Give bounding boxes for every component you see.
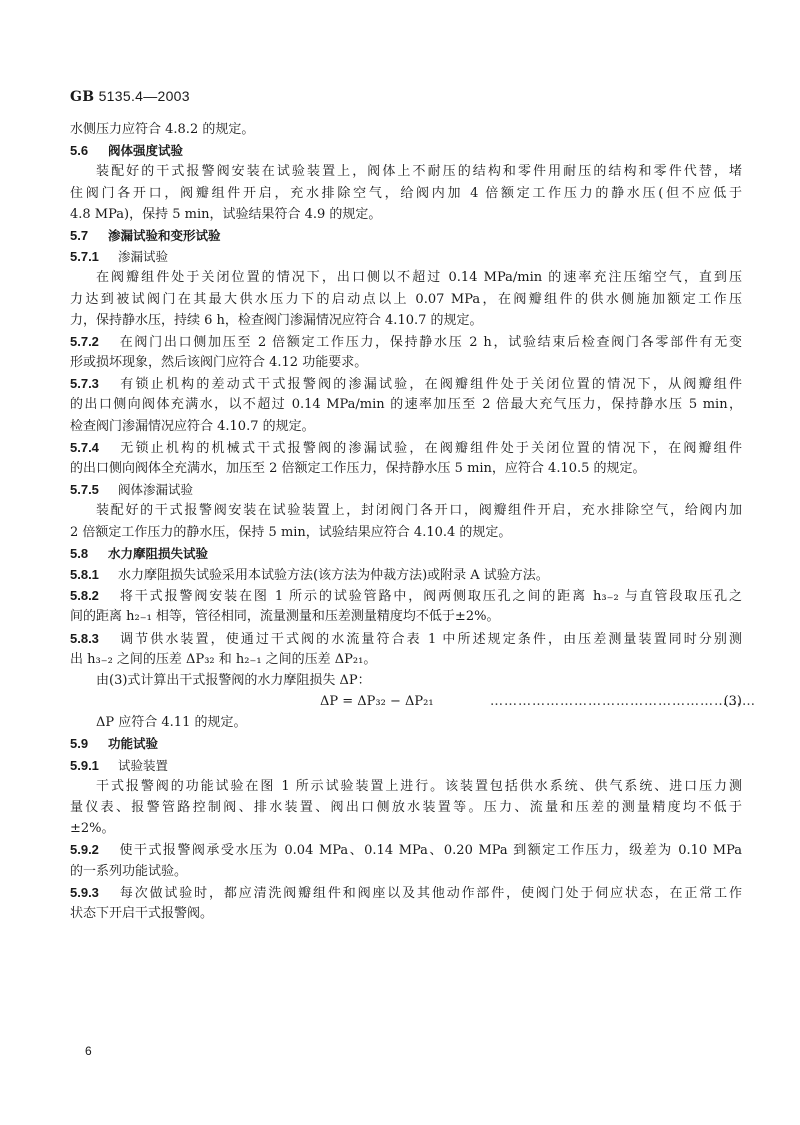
page-number: 6 [85, 1044, 92, 1058]
numbered-paragraph: 5.8.3调节供水装置，使通过干式阀的水流量符合表 1 中所述规定条件，由压差测… [70, 628, 742, 649]
paragraph-line: 力，保持静水压，持续 6 h，检查阀门渗漏情况应符合 4.10.7 的规定。 [70, 310, 742, 331]
paragraph-text: 水侧压力应符合 4.8.2 的规定。 [70, 122, 254, 137]
paragraph-line: ±2%。 [70, 818, 742, 839]
paragraph-text: 住阀门各开口，阀瓣组件开启，充水排除空气，给阀内加 4 倍额定工作压力的静水压(… [70, 186, 742, 201]
paragraph-line: 2 倍额定工作压力的静水压，保持 5 min，试验结果应符合 4.10.4 的规… [70, 522, 742, 543]
paragraph-text: 检查阀门渗漏情况应符合 4.10.7 的规定。 [70, 419, 315, 434]
paragraph-text: 每次做试验时，都应清洗阀瓣组件和阀座以及其他动作部件，使阀门处于伺应状态，在正常… [118, 886, 742, 901]
section-title: 渗漏试验 [118, 249, 168, 264]
equation-leader: ………………………………………………… [490, 691, 756, 712]
section-heading: 5.9功能试验 [70, 733, 742, 754]
paragraph-line: 在阀瓣组件处于关闭位置的情况下，出口侧以不超过 0.14 MPa/min 的速率… [70, 267, 742, 288]
paragraph-line: 出 h₃₋₂ 之间的压差 ΔP₃₂ 和 h₂₋₁ 之间的压差 ΔP₂₁。 [70, 649, 742, 670]
clause-number: 5.8.2 [70, 585, 118, 606]
subsection-heading: 5.9.1试验装置 [70, 755, 742, 776]
paragraph-text: 干式报警阀的功能试验在图 1 所示试验装置上进行。该装置包括供水系统、供气系统、… [96, 779, 742, 794]
paragraph-text: 无锁止机构的机械式干式报警阀的渗漏试验，在阀瓣组件处于关闭位置的情况下，在阀瓣组… [118, 441, 742, 456]
numbered-paragraph: 5.7.3有锁止机构的差动式干式报警阀的渗漏试验，在阀瓣组件处于关闭位置的情况下… [70, 373, 742, 394]
numbered-paragraph: 5.8.1水力摩阻损失试验采用本试验方法(该方法为仲裁方法)或附录 A 试验方法… [70, 564, 742, 585]
paragraph-line: 水侧压力应符合 4.8.2 的规定。 [70, 119, 742, 140]
paragraph-line: 量仪表、报警管路控制阀、排水装置、阀出口侧放水装置等。压力、流量和压差的测量精度… [70, 797, 742, 818]
paragraph-text: 形或损坏现象，然后该阀门应符合 4.12 功能要求。 [70, 355, 367, 370]
clause-number: 5.8.1 [70, 564, 118, 585]
section-title: 阀体渗漏试验 [118, 482, 193, 497]
standard-number: 5135.4—2003 [99, 88, 190, 104]
paragraph-text: 的一系列功能试验。 [70, 864, 187, 879]
clause-number: 5.8.3 [70, 628, 118, 649]
clause-number: 5.7.4 [70, 437, 118, 458]
paragraph-text: 量仪表、报警管路控制阀、排水装置、阀出口侧放水装置等。压力、流量和压差的测量精度… [70, 800, 742, 815]
paragraph-text: 的出口侧向阀体充满水，以不超过 0.14 MPa/min 的速率加压至 2 倍最… [70, 397, 742, 412]
subsection-heading: 5.7.1渗漏试验 [70, 246, 742, 267]
paragraph-line: 装配好的干式报警阀安装在试验装置上，封闭阀门各开口，阀瓣组件开启，充水排除空气，… [70, 500, 742, 521]
paragraph-text: 将干式报警阀安装在图 1 所示的试验管路中，阀两侧取压孔之间的距离 h₃₋₂ 与… [118, 589, 742, 604]
paragraph-line: 的出口侧向阀体充满水，以不超过 0.14 MPa/min 的速率加压至 2 倍最… [70, 394, 742, 415]
paragraph-text: 水力摩阻损失试验采用本试验方法(该方法为仲裁方法)或附录 A 试验方法。 [118, 568, 549, 583]
paragraph-text: ±2%。 [70, 821, 115, 836]
paragraph-text: 使干式报警阀承受水压为 0.04 MPa、0.14 MPa、0.20 MPa 到… [118, 843, 742, 858]
clause-number: 5.7.2 [70, 331, 118, 352]
section-number: 5.9 [70, 733, 108, 754]
section-title: 水力摩阻损失试验 [108, 546, 208, 561]
paragraph-text: 4.8 MPa)，保持 5 min，试验结果符合 4.9 的规定。 [70, 207, 381, 222]
paragraph-text: 出 h₃₋₂ 之间的压差 ΔP₃₂ 和 h₂₋₁ 之间的压差 ΔP₂₁。 [70, 652, 376, 667]
section-number: 5.9.1 [70, 755, 118, 776]
section-heading: 5.8水力摩阻损失试验 [70, 543, 742, 564]
paragraph-text: 有锁止机构的差动式干式报警阀的渗漏试验，在阀瓣组件处于关闭位置的情况下，从阀瓣组… [118, 377, 742, 392]
numbered-paragraph: 5.8.2将干式报警阀安装在图 1 所示的试验管路中，阀两侧取压孔之间的距离 h… [70, 585, 742, 606]
equation-expression: ΔP = ΔP₃₂ − ΔP₂₁ [320, 691, 434, 712]
section-number: 5.7 [70, 225, 108, 246]
paragraph-line: 装配好的干式报警阀安装在试验装置上，阀体上不耐压的结构和零件用耐压的结构和零件代… [70, 161, 742, 182]
numbered-paragraph: 5.9.3每次做试验时，都应清洗阀瓣组件和阀座以及其他动作部件，使阀门处于伺应状… [70, 882, 742, 903]
clause-number: 5.9.3 [70, 882, 118, 903]
paragraph-text: 装配好的干式报警阀安装在试验装置上，阀体上不耐压的结构和零件用耐压的结构和零件代… [96, 164, 742, 179]
paragraph-text: 力，保持静水压，持续 6 h，检查阀门渗漏情况应符合 4.10.7 的规定。 [70, 313, 483, 328]
section-title: 功能试验 [108, 736, 158, 751]
clause-number: 5.9.2 [70, 839, 118, 860]
standard-prefix: GB [70, 89, 94, 105]
paragraph-line: 形或损坏现象，然后该阀门应符合 4.12 功能要求。 [70, 352, 742, 373]
document-header: GB 5135.4—2003 [70, 88, 190, 105]
paragraph-text: 状态下开启干式报警阀。 [70, 906, 213, 921]
paragraph-line: 间的距离 h₂₋₁ 相等，管径相同，流量测量和压差测量精度均不低于±2%。 [70, 606, 742, 627]
document-body: 水侧压力应符合 4.8.2 的规定。5.6阀体强度试验装配好的干式报警阀安装在试… [70, 119, 742, 924]
numbered-paragraph: 5.9.2使干式报警阀承受水压为 0.04 MPa、0.14 MPa、0.20 … [70, 839, 742, 860]
paragraph-text: 在阀瓣组件处于关闭位置的情况下，出口侧以不超过 0.14 MPa/min 的速率… [96, 270, 742, 285]
section-number: 5.6 [70, 140, 108, 161]
paragraph-text: ΔP 应符合 4.11 的规定。 [96, 715, 246, 730]
paragraph-line: 住阀门各开口，阀瓣组件开启，充水排除空气，给阀内加 4 倍额定工作压力的静水压(… [70, 183, 742, 204]
section-number: 5.8 [70, 543, 108, 564]
paragraph-line: 4.8 MPa)，保持 5 min，试验结果符合 4.9 的规定。 [70, 204, 742, 225]
paragraph-text: 2 倍额定工作压力的静水压，保持 5 min，试验结果应符合 4.10.4 的规… [70, 525, 511, 540]
paragraph-line: 干式报警阀的功能试验在图 1 所示试验装置上进行。该装置包括供水系统、供气系统、… [70, 776, 742, 797]
section-number: 5.7.1 [70, 246, 118, 267]
paragraph-line: 力达到被试阀门在其最大供水压力下的启动点以上 0.07 MPa，在阀瓣组件的供水… [70, 289, 742, 310]
equation: ΔP = ΔP₃₂ − ΔP₂₁…………………………………………………(3) [70, 691, 742, 712]
paragraph-line: 检查阀门渗漏情况应符合 4.10.7 的规定。 [70, 416, 742, 437]
section-title: 渗漏试验和变形试验 [108, 228, 221, 243]
section-number: 5.7.5 [70, 479, 118, 500]
section-title: 阀体强度试验 [108, 143, 183, 158]
section-heading: 5.7渗漏试验和变形试验 [70, 225, 742, 246]
paragraph-text: 在阀门出口侧加压至 2 倍额定工作压力，保持静水压 2 h，试验结束后检查阀门各… [118, 335, 742, 350]
section-title: 试验装置 [118, 758, 168, 773]
paragraph-text: 间的距离 h₂₋₁ 相等，管径相同，流量测量和压差测量精度均不低于±2%。 [70, 609, 499, 624]
numbered-paragraph: 5.7.4无锁止机构的机械式干式报警阀的渗漏试验，在阀瓣组件处于关闭位置的情况下… [70, 437, 742, 458]
paragraph-line: 的一系列功能试验。 [70, 861, 742, 882]
paragraph-line: ΔP 应符合 4.11 的规定。 [70, 712, 742, 733]
paragraph-text: 的出口侧向阀体全充满水，加压至 2 倍额定工作压力，保持静水压 5 min，应符… [70, 461, 646, 476]
clause-number: 5.7.3 [70, 373, 118, 394]
paragraph-text: 力达到被试阀门在其最大供水压力下的启动点以上 0.07 MPa，在阀瓣组件的供水… [70, 292, 742, 307]
paragraph-line: 由(3)式计算出干式报警阀的水力摩阻损失 ΔP： [70, 670, 742, 691]
paragraph-text: 装配好的干式报警阀安装在试验装置上，封闭阀门各开口，阀瓣组件开启，充水排除空气，… [96, 503, 742, 518]
paragraph-text: 调节供水装置，使通过干式阀的水流量符合表 1 中所述规定条件，由压差测量装置同时… [118, 632, 742, 647]
paragraph-line: 的出口侧向阀体全充满水，加压至 2 倍额定工作压力，保持静水压 5 min，应符… [70, 458, 742, 479]
subsection-heading: 5.7.5阀体渗漏试验 [70, 479, 742, 500]
paragraph-text: 由(3)式计算出干式报警阀的水力摩阻损失 ΔP： [96, 673, 371, 688]
equation-number: (3) [724, 691, 742, 712]
numbered-paragraph: 5.7.2在阀门出口侧加压至 2 倍额定工作压力，保持静水压 2 h，试验结束后… [70, 331, 742, 352]
section-heading: 5.6阀体强度试验 [70, 140, 742, 161]
paragraph-line: 状态下开启干式报警阀。 [70, 903, 742, 924]
